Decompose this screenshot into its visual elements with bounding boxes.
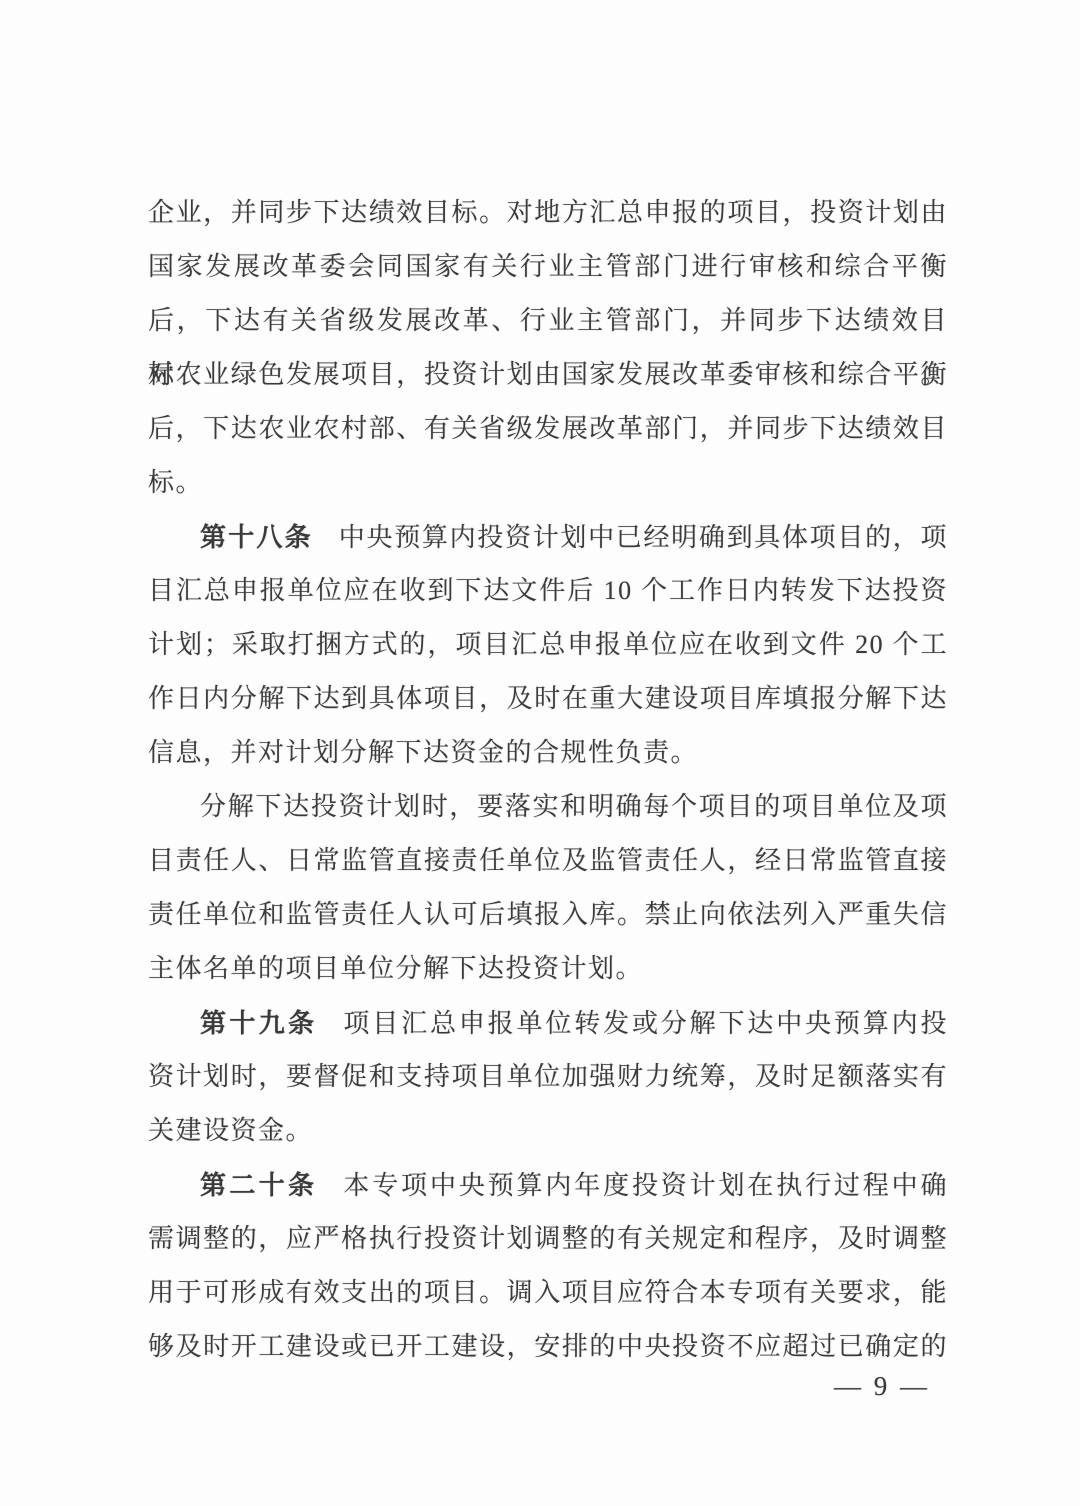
article-text: 中央预算内投资计划中已经明确到具体项目的，项: [339, 523, 948, 552]
text-line: 资计划时，要督促和支持项目单位加强财力统筹，及时足额落实有: [148, 1050, 948, 1104]
text-line: 主体名单的项目单位分解下达投资计划。: [148, 942, 948, 996]
text-line: 企业，并同步下达绩效目标。对地方汇总申报的项目，投资计划由: [148, 186, 948, 240]
text-line: 标。: [148, 456, 948, 510]
page-number: — 9 —: [834, 1366, 930, 1406]
text-line: 信息，并对计划分解下达资金的合规性负责。: [148, 726, 948, 780]
text-line: 责任单位和监管责任人认可后填报入库。禁止向依法列入严重失信: [148, 888, 948, 942]
text-line: 够及时开工建设或已开工建设，安排的中央投资不应超过已确定的: [148, 1320, 948, 1374]
article-number: 第十九条: [200, 1008, 317, 1038]
text-line: 分解下达投资计划时，要落实和明确每个项目的项目单位及项: [148, 780, 948, 834]
text-line-article-19: 第十九条项目汇总申报单位转发或分解下达中央预算内投: [148, 996, 948, 1050]
article-number: 第十八条: [200, 522, 313, 552]
text-line: 目责任人、日常监管直接责任单位及监管责任人，经日常监管直接: [148, 834, 948, 888]
text-line-article-20: 第二十条本专项中央预算内年度投资计划在执行过程中确: [148, 1158, 948, 1212]
text-line: 关建设资金。: [148, 1104, 948, 1158]
document-page: 企业，并同步下达绩效目标。对地方汇总申报的项目，投资计划由 国家发展改革委会同国…: [0, 0, 1080, 1506]
text-line: 用于可形成有效支出的项目。调入项目应符合本专项有关要求，能: [148, 1266, 948, 1320]
document-body: 企业，并同步下达绩效目标。对地方汇总申报的项目，投资计划由 国家发展改革委会同国…: [148, 186, 948, 1374]
article-text: 项目汇总申报单位转发或分解下达中央预算内投: [343, 1009, 948, 1038]
text-line: 目汇总申报单位应在收到下达文件后 10 个工作日内转发下达投资: [148, 564, 948, 618]
article-text: 本专项中央预算内年度投资计划在执行过程中确: [343, 1171, 948, 1200]
text-line: 后，下达有关省级发展改革、行业主管部门，并同步下达绩效目标。: [148, 294, 948, 348]
text-line: 作日内分解下达到具体项目，及时在重大建设项目库填报分解下达: [148, 672, 948, 726]
text-line: 后，下达农业农村部、有关省级发展改革部门，并同步下达绩效目: [148, 402, 948, 456]
text-line: 国家发展改革委会同国家有关行业主管部门进行审核和综合平衡: [148, 240, 948, 294]
text-line: 计划；采取打捆方式的，项目汇总申报单位应在收到文件 20 个工: [148, 618, 948, 672]
text-line: 对农业绿色发展项目，投资计划由国家发展改革委审核和综合平衡: [148, 348, 948, 402]
text-line-article-18: 第十八条中央预算内投资计划中已经明确到具体项目的，项: [148, 510, 948, 564]
text-line: 需调整的，应严格执行投资计划调整的有关规定和程序，及时调整: [148, 1212, 948, 1266]
article-number: 第二十条: [200, 1170, 317, 1200]
